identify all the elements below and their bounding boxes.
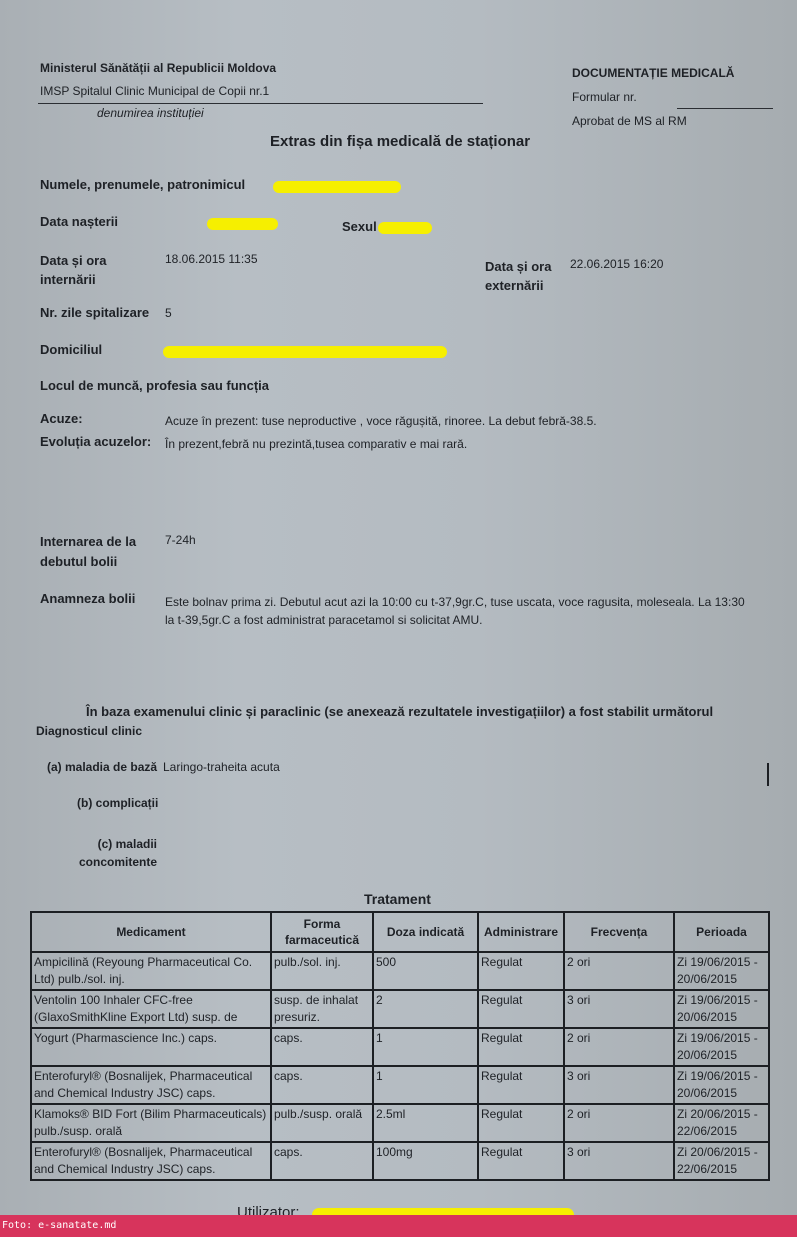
- cell-form: pulb./susp. orală: [271, 1104, 373, 1142]
- evolution-label: Evoluția acuzelor:: [40, 434, 151, 449]
- anamnesis-line2: la t-39,5gr.C a fost administrat paracet…: [165, 611, 745, 629]
- discharge-label-line1: Data și ora: [485, 257, 551, 276]
- discharge-value: 22.06.2015 16:20: [570, 257, 663, 271]
- hospital-days-value: 5: [165, 306, 172, 320]
- diagnosis-label: Diagnosticul clinic: [36, 724, 142, 738]
- col-frequency: Frecvența: [564, 912, 674, 952]
- treatment-header-row: Medicament Forma farmaceutică Doza indic…: [31, 912, 769, 952]
- col-administration: Administrare: [478, 912, 564, 952]
- redacted-birth-date: [207, 218, 278, 230]
- onset-label-line2: debutul bolii: [40, 552, 136, 572]
- onset-label-line1: Internarea de la: [40, 532, 136, 552]
- cell-medicament: Enterofuryl® (Bosnalijek, Pharmaceutical…: [31, 1066, 271, 1104]
- redacted-name: [273, 181, 401, 193]
- cell-form: caps.: [271, 1066, 373, 1104]
- cell-frequency: 3 ori: [564, 1066, 674, 1104]
- cell-form: caps.: [271, 1028, 373, 1066]
- cell-frequency: 3 ori: [564, 1142, 674, 1180]
- institution-name: IMSP Spitalul Clinic Municipal de Copii …: [40, 84, 269, 98]
- discharge-label-line2: externării: [485, 276, 551, 295]
- diagnosis-intro: În baza examenului clinic și paraclinic …: [86, 704, 713, 719]
- cell-medicament: Klamoks® BID Fort (Bilim Pharmaceuticals…: [31, 1104, 271, 1142]
- photo-credit-bar: Foto: e-sanatate.md: [0, 1215, 797, 1237]
- table-row: Ampicilină (Reyoung Pharmaceutical Co. L…: [31, 952, 769, 990]
- cell-period: Zi 19/06/2015 - 20/06/2015: [674, 990, 769, 1028]
- anamnesis-line1: Este bolnav prima zi. Debutul acut azi l…: [165, 593, 745, 611]
- col-period: Perioada: [674, 912, 769, 952]
- table-row: Enterofuryl® (Bosnalijek, Pharmaceutical…: [31, 1142, 769, 1180]
- cell-medicament: Yogurt (Pharmascience Inc.) caps.: [31, 1028, 271, 1066]
- form-number-line: [677, 108, 773, 109]
- treatment-title: Tratament: [364, 891, 431, 907]
- cell-dose: 2: [373, 990, 478, 1028]
- cell-administration: Regulat: [478, 1104, 564, 1142]
- cell-medicament: Enterofuryl® (Bosnalijek, Pharmaceutical…: [31, 1142, 271, 1180]
- cell-period: Zi 20/06/2015 - 22/06/2015: [674, 1142, 769, 1180]
- cell-administration: Regulat: [478, 1028, 564, 1066]
- admission-label-line1: Data și ora: [40, 251, 106, 270]
- cell-frequency: 3 ori: [564, 990, 674, 1028]
- cell-frequency: 2 ori: [564, 1028, 674, 1066]
- form-number-label: Formular nr.: [572, 90, 637, 104]
- document-title: Extras din fișa medicală de staționar: [270, 133, 530, 150]
- name-label: Numele, prenumele, patronimicul: [40, 177, 245, 192]
- col-medicament: Medicament: [31, 912, 271, 952]
- table-row: Klamoks® BID Fort (Bilim Pharmaceuticals…: [31, 1104, 769, 1142]
- complaints-value: Acuze în prezent: tuse neproductive , vo…: [165, 414, 597, 428]
- cell-frequency: 2 ori: [564, 1104, 674, 1142]
- cell-administration: Regulat: [478, 952, 564, 990]
- main-disease-value: Laringo-traheita acuta: [163, 760, 280, 774]
- admission-label: Data și ora internării: [40, 251, 106, 289]
- admission-value: 18.06.2015 11:35: [165, 252, 258, 266]
- institution-caption: denumirea instituției: [97, 106, 204, 120]
- cell-form: pulb./sol. inj.: [271, 952, 373, 990]
- cell-dose: 1: [373, 1028, 478, 1066]
- complaints-label: Acuze:: [40, 411, 83, 426]
- discharge-label: Data și ora externării: [485, 257, 551, 295]
- redacted-address: [163, 346, 447, 358]
- onset-label: Internarea de la debutul bolii: [40, 532, 136, 572]
- cell-period: Zi 20/06/2015 - 22/06/2015: [674, 1104, 769, 1142]
- cell-dose: 2.5ml: [373, 1104, 478, 1142]
- table-row: Ventolin 100 Inhaler CFC-free (GlaxoSmit…: [31, 990, 769, 1028]
- admission-label-line2: internării: [40, 270, 106, 289]
- institution-underline: [38, 103, 483, 104]
- cell-administration: Regulat: [478, 1066, 564, 1104]
- concomitant-label-line1: (c) maladii: [78, 835, 157, 853]
- approved-label: Aprobat de MS al RM: [572, 114, 687, 128]
- birth-date-label: Data nașterii: [40, 214, 118, 229]
- cell-frequency: 2 ori: [564, 952, 674, 990]
- treatment-table: Medicament Forma farmaceutică Doza indic…: [30, 911, 770, 1181]
- cell-administration: Regulat: [478, 990, 564, 1028]
- address-label: Domiciliul: [40, 342, 102, 357]
- hospital-days-label: Nr. zile spitalizare: [40, 305, 149, 320]
- col-dose: Doza indicată: [373, 912, 478, 952]
- redacted-sex: [378, 222, 432, 234]
- sex-label: Sexul: [342, 219, 377, 234]
- onset-value: 7-24h: [165, 533, 196, 547]
- cell-dose: 1: [373, 1066, 478, 1104]
- col-form: Forma farmaceutică: [271, 912, 373, 952]
- anamnesis-label: Anamneza bolii: [40, 591, 135, 606]
- complications-label: (b) complicații: [77, 796, 158, 810]
- cell-form: susp. de inhalat presuriz.: [271, 990, 373, 1028]
- photo-credit: Foto: e-sanatate.md: [2, 1220, 116, 1231]
- ministry-name: Ministerul Sănătății al Republicii Moldo…: [40, 61, 276, 75]
- cell-period: Zi 19/06/2015 - 20/06/2015: [674, 1066, 769, 1104]
- cell-period: Zi 19/06/2015 - 20/06/2015: [674, 1028, 769, 1066]
- main-disease-label: (a) maladia de bază: [47, 760, 157, 774]
- doc-type: DOCUMENTAȚIE MEDICALĂ: [572, 66, 734, 80]
- anamnesis-value: Este bolnav prima zi. Debutul acut azi l…: [165, 593, 745, 629]
- cell-dose: 500: [373, 952, 478, 990]
- table-row: Yogurt (Pharmascience Inc.) caps. caps. …: [31, 1028, 769, 1066]
- cell-administration: Regulat: [478, 1142, 564, 1180]
- cell-medicament: Ventolin 100 Inhaler CFC-free (GlaxoSmit…: [31, 990, 271, 1028]
- table-row: Enterofuryl® (Bosnalijek, Pharmaceutical…: [31, 1066, 769, 1104]
- concomitant-label-line2: concomitente: [78, 853, 157, 871]
- cell-dose: 100mg: [373, 1142, 478, 1180]
- concomitant-label: (c) maladii concomitente: [78, 835, 157, 871]
- text-cursor: [767, 763, 769, 786]
- work-label: Locul de muncă, profesia sau funcția: [40, 378, 269, 393]
- cell-period: Zi 19/06/2015 - 20/06/2015: [674, 952, 769, 990]
- cell-form: caps.: [271, 1142, 373, 1180]
- evolution-value: În prezent,febră nu prezintă,tusea compa…: [165, 437, 467, 451]
- cell-medicament: Ampicilină (Reyoung Pharmaceutical Co. L…: [31, 952, 271, 990]
